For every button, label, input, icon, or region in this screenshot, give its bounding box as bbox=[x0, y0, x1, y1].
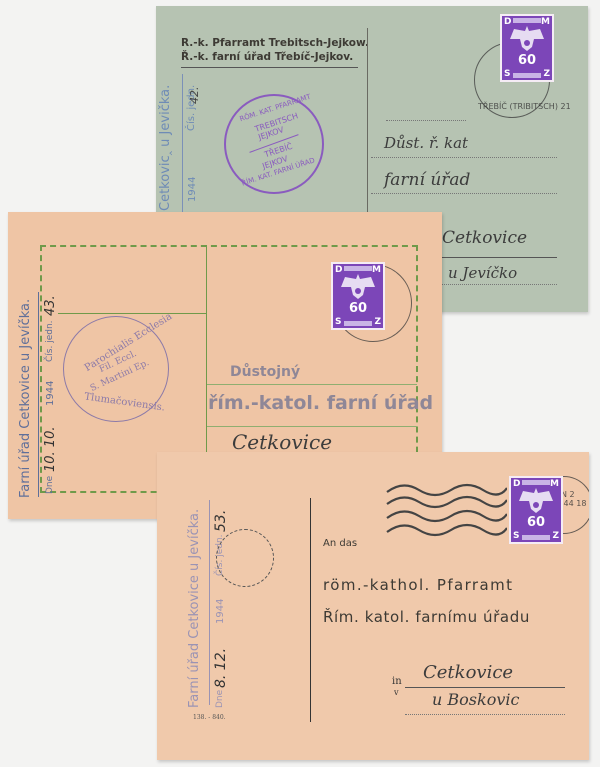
seal-outer-top: Parochialis Ecclesia bbox=[83, 311, 174, 374]
address-line bbox=[207, 384, 417, 385]
eagle-icon bbox=[519, 487, 553, 515]
address-line-3: Cetkovice bbox=[442, 228, 527, 248]
side-office-text: Cetkovic‸ u Jevička. bbox=[158, 85, 173, 211]
side-date: 10. 10. bbox=[43, 427, 58, 472]
side-rule bbox=[209, 500, 210, 705]
address-line-2: farní úřad bbox=[384, 170, 470, 190]
side-office-text: Farní úřad Cetkovice u Jevíčka. bbox=[18, 299, 33, 498]
address-line bbox=[207, 426, 417, 427]
an-das-label: An das bbox=[323, 538, 357, 549]
stamp-letter-s: S bbox=[513, 531, 519, 541]
side-rule bbox=[38, 292, 39, 497]
postmark-text: N 2 .44 18 bbox=[561, 490, 589, 508]
stamp-header bbox=[522, 480, 550, 485]
side-date-prefix: Dne bbox=[45, 476, 55, 494]
address-line bbox=[386, 120, 466, 121]
address-line-4: u Jevíčko bbox=[448, 264, 517, 282]
side-number-value: 43. bbox=[43, 295, 58, 316]
side-year: 1944 bbox=[215, 599, 226, 624]
address-line bbox=[371, 193, 557, 194]
address-stamp-line-2: řím.-katol. farní úřad bbox=[208, 392, 433, 414]
eagle-icon bbox=[341, 273, 375, 301]
postage-stamp: D M 60 S Z bbox=[331, 262, 385, 330]
card-header: R.-k. Pfarramt Trebitsch-Jejkow. Ř.-k. f… bbox=[181, 36, 369, 64]
side-date-prefix: Dne bbox=[215, 690, 225, 708]
postcard-peach-bottom: Farní úřad Cetkovice u Jevíčka. Dne 8. 1… bbox=[157, 452, 589, 760]
side-year: 1944 bbox=[187, 177, 198, 202]
side-office-text: Farní úřad Cetkovice u Jevíčka. bbox=[187, 509, 202, 708]
stamp-value: 60 bbox=[511, 515, 561, 530]
stamp-letter-z: Z bbox=[374, 317, 381, 327]
side-number-value: 53. bbox=[213, 510, 229, 532]
address-handwritten: Cetkovice bbox=[232, 430, 332, 454]
address-stamp-line-1: Důstojný bbox=[230, 364, 300, 380]
side-number-label: Čís. jedn. bbox=[45, 320, 55, 362]
address-line bbox=[405, 687, 565, 688]
side-year: 1944 bbox=[45, 381, 56, 406]
stamp-letter-s: S bbox=[504, 69, 510, 79]
parish-seal: Parochialis Ecclesia Fil. Eccl. S. Marti… bbox=[63, 316, 169, 422]
stamp-letter-s: S bbox=[335, 317, 341, 327]
address-line bbox=[371, 157, 557, 158]
eagle-icon bbox=[510, 25, 544, 53]
postage-stamp: D M 60 S Z bbox=[500, 14, 554, 82]
stamp-header bbox=[344, 266, 372, 271]
recipient-german: röm.-kathol. Pfarramt bbox=[323, 576, 513, 594]
frame-rule bbox=[58, 313, 206, 314]
address-district: u Boskovic bbox=[432, 690, 519, 709]
header-czech: Ř.-k. farní úřad Třebíč-Jejkov. bbox=[181, 50, 369, 64]
stamp-letter-z: Z bbox=[552, 531, 559, 541]
side-number-value: 42. bbox=[188, 87, 201, 105]
stamp-letter-z: Z bbox=[543, 69, 550, 79]
stamp-footer bbox=[522, 535, 550, 540]
v-label: v bbox=[394, 688, 399, 697]
address-line bbox=[405, 714, 565, 715]
postage-stamp: D M 60 S Z bbox=[509, 476, 563, 544]
recipient-czech: Řím. katol. farnímu úřadu bbox=[323, 608, 530, 626]
wavy-cancel-icon bbox=[385, 480, 507, 540]
stamp-value: 60 bbox=[333, 301, 383, 316]
address-line-1: Důst. ř. kat bbox=[384, 134, 468, 152]
seal-placeholder-circle bbox=[216, 529, 274, 587]
side-date: 8. 12. bbox=[213, 648, 229, 688]
in-label: in bbox=[392, 676, 402, 687]
side-rule bbox=[182, 74, 183, 212]
divider-line bbox=[310, 498, 311, 722]
seal-outer-bottom: Tlumačoviensis. bbox=[84, 391, 166, 413]
header-underline bbox=[181, 67, 358, 68]
stamp-footer bbox=[344, 321, 372, 326]
parish-seal: RÖM. KAT. PFARRAMT TREBITSCH JEJKOV TŘEB… bbox=[224, 94, 324, 194]
postmark-text: TŘEBÍČ (TRIBITSCH) 21 bbox=[478, 102, 571, 111]
header-german: R.-k. Pfarramt Trebitsch-Jejkow. bbox=[181, 36, 369, 50]
stamp-header bbox=[513, 18, 541, 23]
stamp-value: 60 bbox=[502, 53, 552, 68]
stamp-footer bbox=[513, 73, 541, 78]
form-number: 138. - 840. bbox=[193, 714, 226, 721]
address-town: Cetkovice bbox=[423, 662, 513, 683]
